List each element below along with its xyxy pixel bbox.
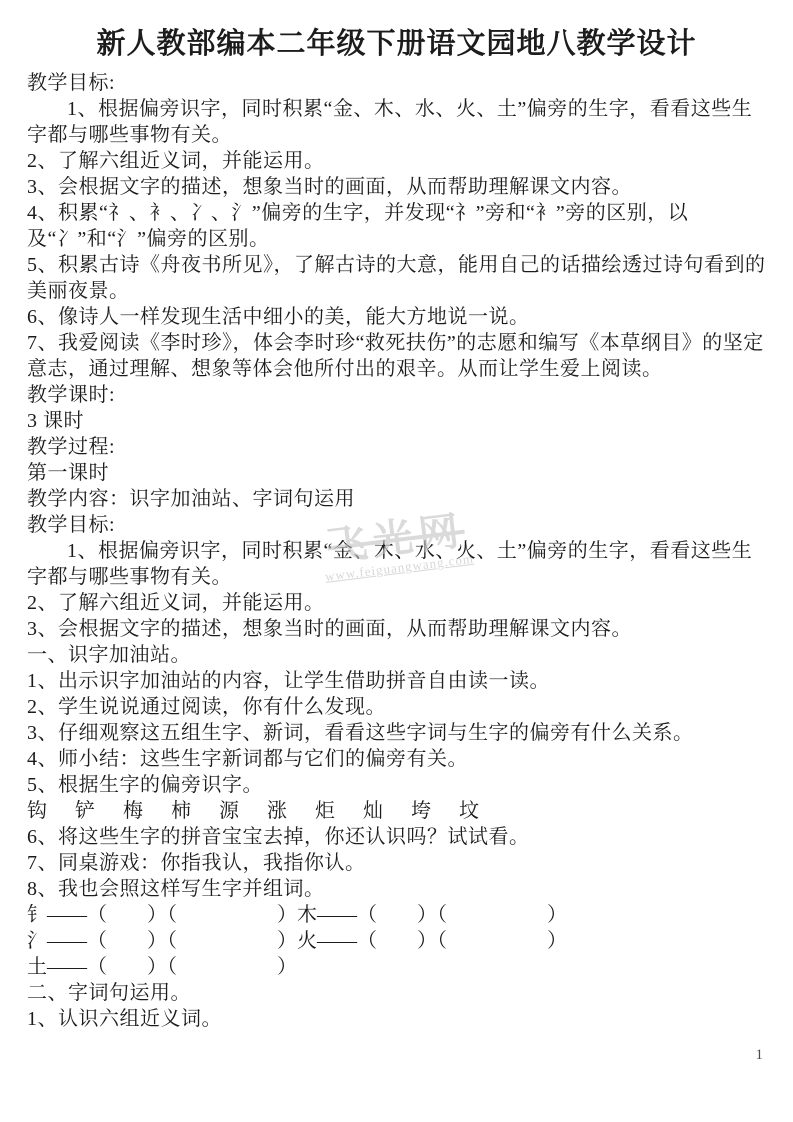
text-line: 二、字词句运用。 bbox=[27, 980, 766, 1006]
text-line: 6、像诗人一样发现生活中细小的美，能大方地说一说。 bbox=[27, 304, 766, 330]
text-line: 7、我爱阅读《李时珍》，体会李时珍“救死扶伤”的志愿和编写《本草纲目》的坚定意志… bbox=[27, 330, 766, 382]
text-line: 1、根据偏旁识字，同时积累“金、木、水、火、土”偏旁的生字，看看这些生字都与哪些… bbox=[27, 538, 766, 590]
text-line: 3、会根据文字的描述，想象当时的画面，从而帮助理解课文内容。 bbox=[27, 616, 766, 642]
text-line: 1、出示识字加油站的内容，让学生借助拼音自由读一读。 bbox=[27, 668, 766, 694]
text-line: 氵——（ ）（ ）火——（ ）（ ） bbox=[27, 928, 766, 954]
text-line: 一、识字加油站。 bbox=[27, 642, 766, 668]
document-page: 新人教部编本二年级下册语文园地八教学设计 教学目标:1、根据偏旁识字，同时积累“… bbox=[0, 0, 793, 1122]
text-line: 1、认识六组近义词。 bbox=[27, 1006, 766, 1032]
text-line: 3 课时 bbox=[27, 408, 766, 434]
text-line: 7、同桌游戏：你指我认，我指你认。 bbox=[27, 850, 766, 876]
text-line: 5、根据生字的偏旁识字。 bbox=[27, 772, 766, 798]
text-line: 教学目标: bbox=[27, 512, 766, 538]
text-line: 2、了解六组近义词，并能运用。 bbox=[27, 590, 766, 616]
page-title: 新人教部编本二年级下册语文园地八教学设计 bbox=[27, 26, 766, 62]
text-line: 3、仔细观察这五组生字、新词，看看这些字词与生字的偏旁有什么关系。 bbox=[27, 720, 766, 746]
text-line: 5、积累古诗《舟夜书所见》，了解古诗的大意，能用自己的话描绘透过诗句看到的美丽夜… bbox=[27, 252, 766, 304]
text-line: 钅——（ ）（ ）木——（ ）（ ） bbox=[27, 902, 766, 928]
text-line: 教学过程: bbox=[27, 434, 766, 460]
page-number: 1 bbox=[756, 1047, 764, 1064]
text-line: 第一课时 bbox=[27, 460, 766, 486]
text-line: 6、将这些生字的拼音宝宝去掉，你还认识吗？试试看。 bbox=[27, 824, 766, 850]
text-line: 4、师小结：这些生字新词都与它们的偏旁有关。 bbox=[27, 746, 766, 772]
text-line: 1、根据偏旁识字，同时积累“金、木、水、火、土”偏旁的生字，看看这些生字都与哪些… bbox=[27, 96, 766, 148]
document-body: 教学目标:1、根据偏旁识字，同时积累“金、木、水、火、土”偏旁的生字，看看这些生… bbox=[27, 70, 766, 1032]
text-line: 土——（ ）（ ） bbox=[27, 954, 766, 980]
text-line: 2、学生说说通过阅读，你有什么发现。 bbox=[27, 694, 766, 720]
text-line: 2、了解六组近义词，并能运用。 bbox=[27, 148, 766, 174]
text-line: 钩 铲 梅 柿 源 涨 炬 灿 垮 坟 bbox=[27, 798, 766, 824]
text-line: 教学课时: bbox=[27, 382, 766, 408]
text-line: 4、积累“礻、衤、冫、氵”偏旁的生字，并发现“礻”旁和“衤”旁的区别，以及“冫”… bbox=[27, 200, 766, 252]
text-line: 教学目标: bbox=[27, 70, 766, 96]
text-line: 教学内容：识字加油站、字词句运用 bbox=[27, 486, 766, 512]
text-line: 3、会根据文字的描述，想象当时的画面，从而帮助理解课文内容。 bbox=[27, 174, 766, 200]
text-line: 8、我也会照这样写生字并组词。 bbox=[27, 876, 766, 902]
